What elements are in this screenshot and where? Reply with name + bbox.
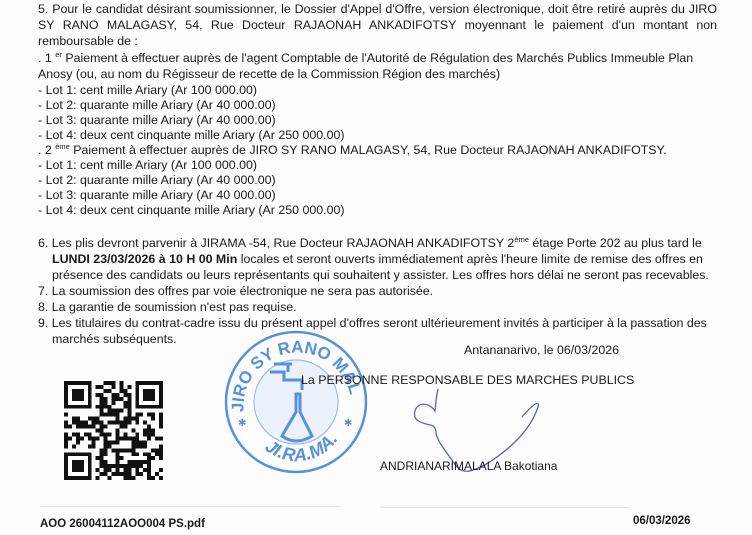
jirama-stamp: JIRO SY RANO MALAGASY JI.RA.MA. ✱ ✱ [222, 328, 370, 476]
deadline-date: LUNDI 23/03/2026 à 10 H 00 Min [52, 252, 237, 266]
payment1-lot-4: - Lot 4: deux cent cinquante mille Ariar… [38, 128, 345, 143]
document-page: 5. Pour le candidat désirant soumissionn… [0, 0, 752, 535]
bleed-through-mark [40, 506, 340, 507]
payment1-line2: Anosy (ou, au nom du Régisseur de recett… [38, 67, 500, 82]
footer-date: 06/03/2026 [633, 515, 691, 527]
item6-line3: présence des candidats ou leurs représen… [52, 268, 709, 283]
date-place: Antananarivo, le 06/03/2026 [464, 343, 619, 357]
payment2-lot-3: - Lot 3: quarante mille Ariary (Ar 40 00… [38, 188, 276, 203]
item6-line1: 6. Les plis devront parvenir à JIRAMA -5… [38, 236, 702, 251]
item6-text-a: 6. Les plis devront parvenir à JIRAMA -5… [38, 236, 514, 250]
item6-line2: LUNDI 23/03/2026 à 10 H 00 Min locales e… [52, 252, 703, 267]
payment1-lot-1: - Lot 1: cent mille Ariary (Ar 100 000.0… [38, 83, 257, 98]
item5-line3: remboursable de : [38, 34, 138, 49]
footer-filename: AOO 26004112AOO004 PS.pdf [40, 518, 205, 530]
payment2-lot-1: - Lot 1: cent mille Ariary (Ar 100 000.0… [38, 158, 257, 173]
payment2-text: Paiement à effectuer auprès de JIRO SY R… [70, 143, 667, 157]
item6-ordinal: ème [514, 235, 529, 244]
responsible-title: La PERSONNE RESPONSABLE DES MARCHES PUBL… [301, 373, 634, 387]
payment1-ordinal: er [55, 50, 62, 59]
item8: 8. La garantie de soumission n'est pas r… [38, 300, 297, 315]
qr-code [64, 381, 163, 480]
payment1-line1: . 1 er Paiement à effectuer auprès de l'… [38, 51, 693, 66]
item6-line2-rest: locales et seront ouverts immédiatement … [237, 252, 703, 266]
payment2-prefix: . 2 [38, 143, 52, 157]
item9-line1: 9. Les titulaires du contrat-cadre issu … [38, 316, 707, 331]
payment2-ordinal: ème [55, 142, 70, 151]
svg-text:✱: ✱ [344, 418, 352, 429]
payment1-lot-3: - Lot 3: quarante mille Ariary (Ar 40 00… [38, 113, 276, 128]
item5-line2: SY RANO MALAGASY, 54, Rue Docteur RAJAON… [38, 18, 717, 33]
signer-name: ANDRIANARIMALALA Bakotiana [380, 459, 557, 473]
payment2-line1: . 2 ème Paiement à effectuer auprès de J… [38, 143, 667, 158]
payment2-lot-2: - Lot 2: quarante mille Ariary (Ar 40 00… [38, 173, 276, 188]
item5-line1: 5. Pour le candidat désirant soumissionn… [38, 2, 717, 17]
payment1-prefix: . 1 [38, 51, 52, 65]
item6-text-b: étage Porte 202 au plus tard le [529, 236, 702, 250]
item7: 7. La soumission des offres par voie éle… [38, 284, 433, 299]
payment2-lot-4: - Lot 4: deux cent cinquante mille Ariar… [38, 203, 345, 218]
item9-line2: marchés subséquents. [52, 332, 177, 347]
payment1-lot-2: - Lot 2: quarante mille Ariary (Ar 40 00… [38, 98, 276, 113]
bleed-through-mark [380, 507, 630, 508]
payment1-text: Paiement à effectuer auprès de l'agent C… [62, 51, 693, 65]
svg-text:✱: ✱ [238, 418, 246, 429]
